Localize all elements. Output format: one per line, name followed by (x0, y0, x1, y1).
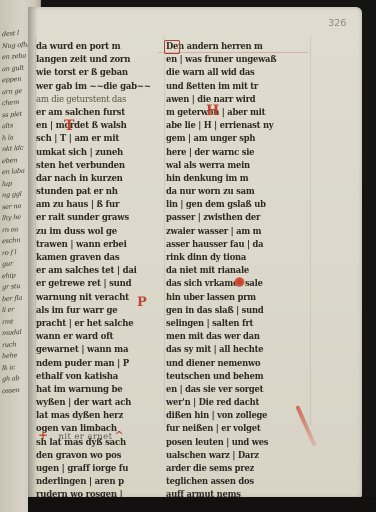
text-column-right: Den andern herren men | was fruner ungew… (166, 40, 308, 502)
manuscript-line: wann er ward oft (36, 330, 156, 343)
manuscript-line: die warn all wid das (166, 66, 297, 79)
manuscript-line: da wurd en port m (36, 40, 156, 53)
manuscript-line: und ßetten im mit tr (166, 80, 297, 93)
manuscript-line: am zu haus | ß fur (36, 198, 156, 211)
manuscript-line: lat mas dyßen herz (36, 409, 156, 422)
manuscript-line: er am salchen furst (36, 106, 156, 119)
manuscript-line: sch | T | am er mit (36, 132, 156, 145)
manuscript-line: pracht | er het salche (36, 317, 156, 330)
manuscript-line: abe lie | H | errienast ny (166, 119, 297, 132)
manuscript-viewer: dest lNug ofluen zebaan gulteppenarn gec… (0, 0, 376, 512)
ruling-line-right (310, 36, 311, 426)
manuscript-line: den gravon wo pos (36, 449, 156, 462)
red-ink-blot (234, 277, 245, 287)
manuscript-line: hin denkung im m (166, 172, 297, 185)
rubric-capital-h: H (206, 103, 219, 119)
rubric-capital-p: P (137, 295, 147, 310)
manuscript-line: stunden pat er nh (36, 185, 156, 198)
manuscript-line: wie torst er ß geban (36, 66, 156, 79)
manuscript-line: am die geturstent das (36, 93, 156, 106)
manuscript-line: gen in das slaß | sund (166, 304, 297, 317)
manuscript-line: lin | gen dem gslaß ub (166, 198, 297, 211)
manuscript-line: fur neißen | er volget (166, 422, 297, 435)
manuscript-line: rink dinn dy tiona (166, 251, 297, 264)
manuscript-line: wal als werra mein (166, 159, 297, 172)
manuscript-line: ualschen warz | Darz (166, 449, 297, 462)
manuscript-line: umkat sich | zuneh (36, 146, 156, 159)
manuscript-line: da nur worn zu sam (166, 185, 297, 198)
correction-text: nit er arnet (58, 432, 112, 442)
manuscript-line: en | mordet ß walsh (36, 119, 156, 132)
manuscript-line: trawen | wann erbei (36, 238, 156, 251)
rubric-initial-box (164, 40, 180, 54)
manuscript-line: zu im duss wol ge (36, 225, 156, 238)
manuscript-line: passer | zwisthen der (166, 211, 297, 224)
manuscript-line: langen zeit und zorn (36, 53, 156, 66)
insertion-caret-icon: ^ (114, 429, 124, 442)
manuscript-line: selingen | salten frt (166, 317, 297, 330)
manuscript-line: wer gab im ~~die gab~~ (36, 80, 156, 93)
rubric-capital-t: T (64, 118, 74, 134)
manuscript-line: men mit das wer dan (166, 330, 297, 343)
manuscript-line: ndem puder man | P (36, 357, 156, 370)
manuscript-line: en | was fruner ungewaß (166, 53, 297, 66)
manuscript-line: ethalf von katisha (36, 370, 156, 383)
manuscript-line: das sy mit | all hechte (166, 343, 297, 356)
manuscript-line: das sich vrkamer sale (166, 277, 297, 290)
manuscript-line: teglichen assen dos (166, 475, 297, 488)
manuscript-line: gem | am unger sph (166, 132, 297, 145)
manuscript-line: en | das sie ver sorget (166, 383, 297, 396)
manuscript-line: dar nach in kurzen (36, 172, 156, 185)
manuscript-line: awen | die narr wird (166, 93, 297, 106)
manuscript-line: asser hausser fau | da (166, 238, 297, 251)
manuscript-line: nderlingen | aren p (36, 475, 156, 488)
manuscript-line: wyßen | der wart ach (36, 396, 156, 409)
manuscript-line: ugen | graff iorge fu (36, 462, 156, 475)
manuscript-line: er rait sunder graws (36, 211, 156, 224)
manuscript-line: gewarnet | wann ma (36, 343, 156, 356)
manuscript-line: und diener nemenwo (166, 357, 297, 370)
correction-mark-icon: + (38, 428, 48, 442)
marginal-correction: +nit er arnet^ (38, 428, 124, 442)
manuscript-line: er getrewe ret | sund (36, 277, 156, 290)
manuscript-line: kamen graven das (36, 251, 156, 264)
manuscript-line: da niet mit rianale (166, 264, 297, 277)
folio-number: 326 (328, 18, 346, 29)
manuscript-line: teutschen und behem (166, 370, 297, 383)
manuscript-line: hin uber lassen prm (166, 291, 297, 304)
manuscript-line: here | der warnc sie (166, 146, 297, 159)
manuscript-line: posen leuten | und wes (166, 436, 297, 449)
manuscript-line: sten het verbunden (36, 159, 156, 172)
manuscript-line: wer'n | Die red dacht (166, 396, 297, 409)
manuscript-line: zwaier wasser | am m (166, 225, 297, 238)
manuscript-line: hat im warnung be (36, 383, 156, 396)
manuscript-line: Den andern herren m (166, 40, 297, 53)
background-strip (28, 497, 376, 512)
manuscript-line: dißen hin | von zollege (166, 409, 297, 422)
manuscript-line: arder die sems prez (166, 462, 297, 475)
manuscript-line: er am salches tet | dai (36, 264, 156, 277)
manuscript-line: m geterwon | aber mit (166, 106, 297, 119)
